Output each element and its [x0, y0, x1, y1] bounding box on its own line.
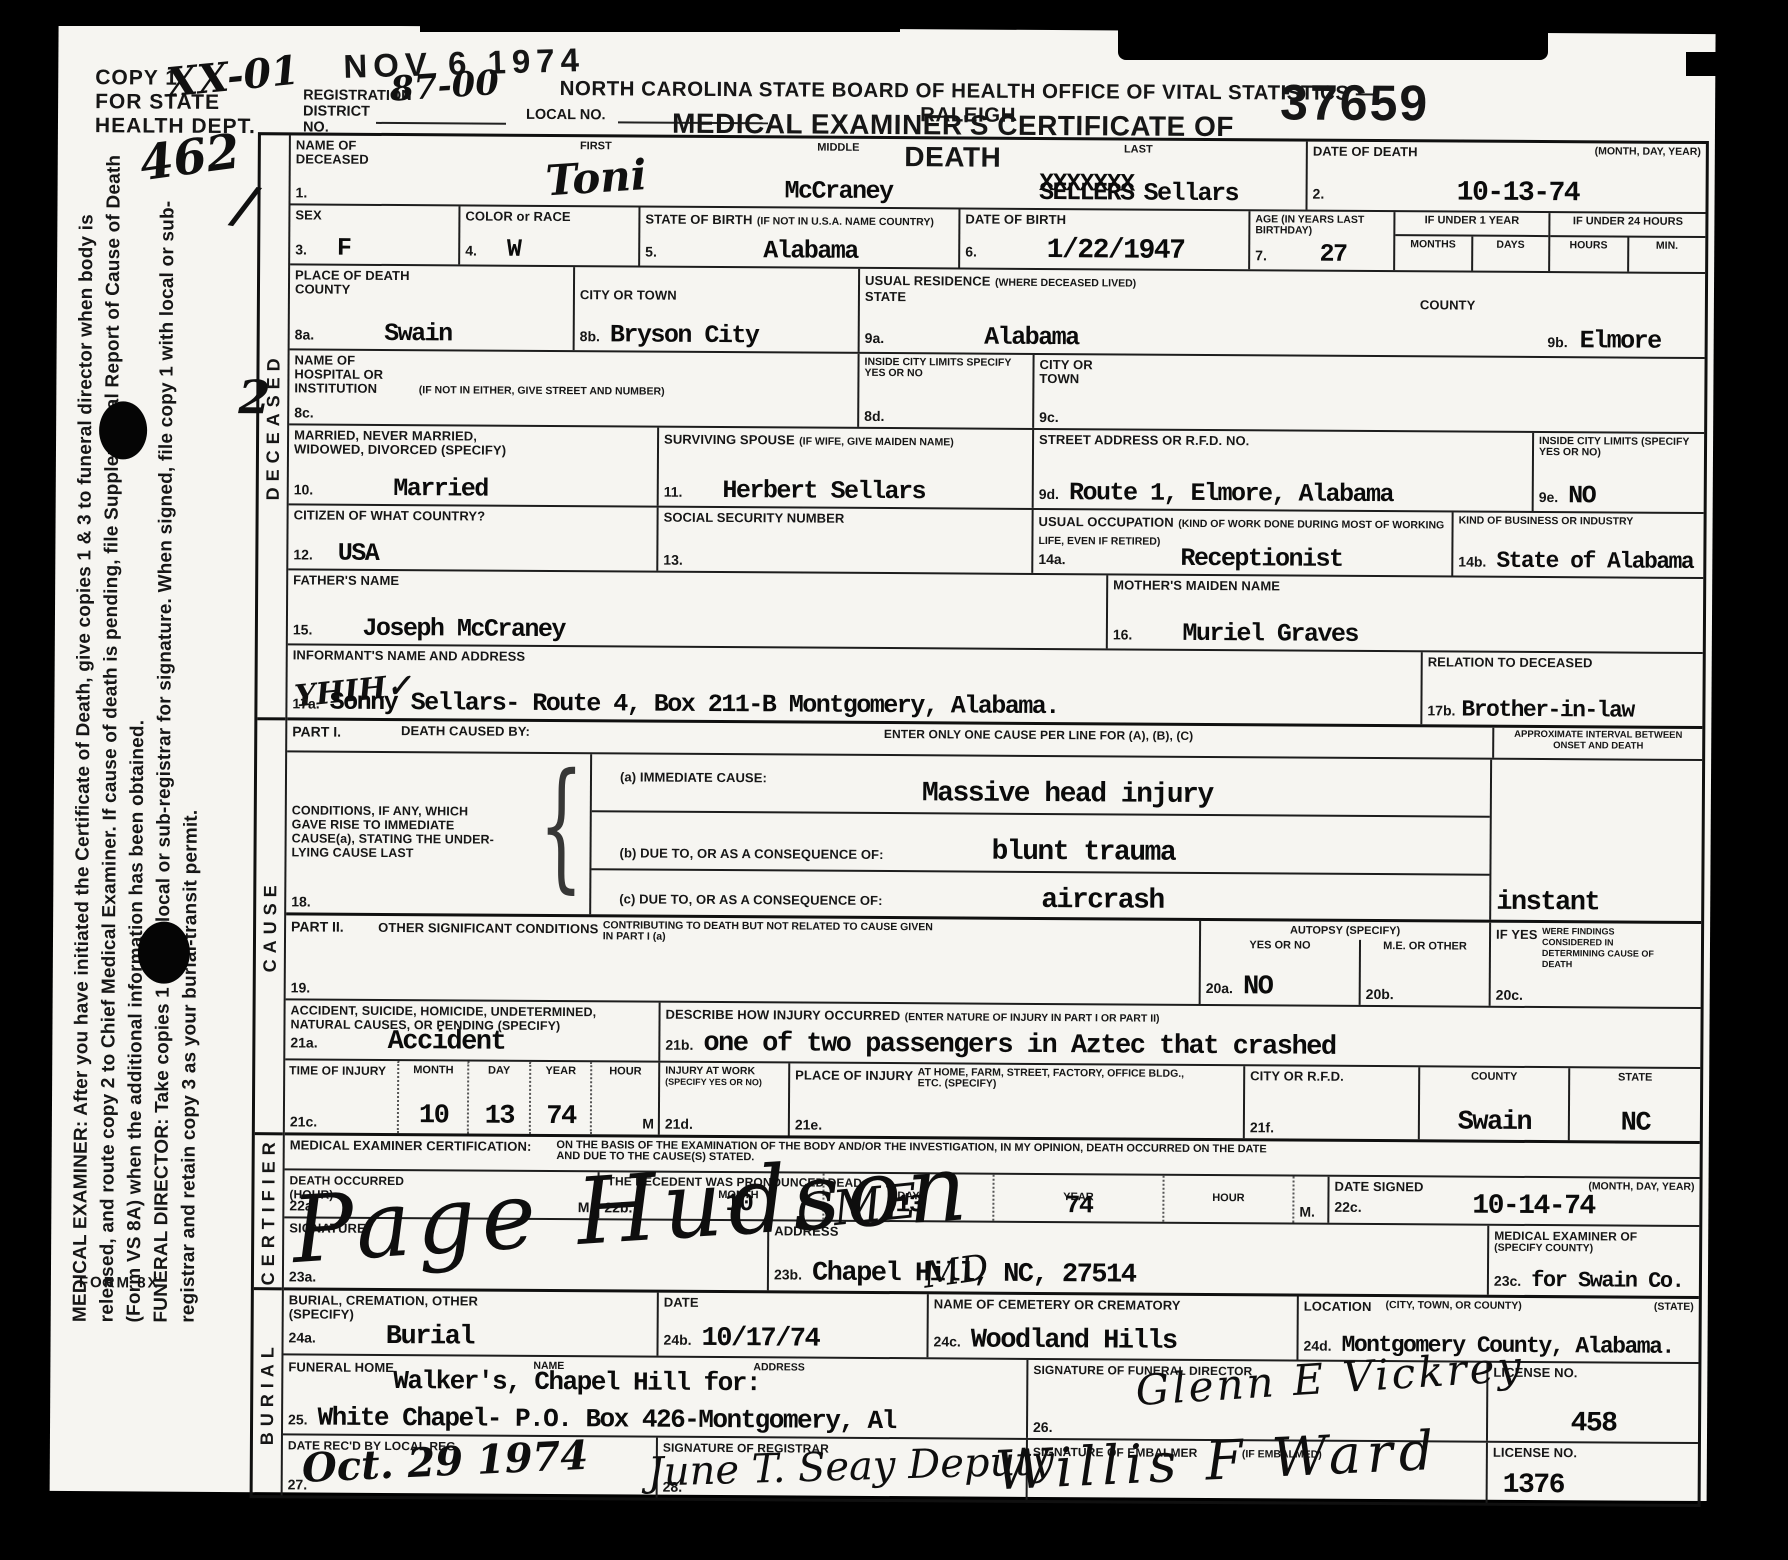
first-name-value: Toni [544, 150, 648, 205]
toi-day-value: 13 [485, 1104, 515, 1131]
field-burial-location: LOCATION (CITY, TOWN, OR COUNTY) (STATE)… [1298, 1297, 1698, 1362]
due-to-c-value: aircrash [1041, 887, 1164, 916]
cause-part2: PART II. OTHER SIGNIFICANT CONDITIONS CO… [286, 915, 1701, 1009]
cause-line-b: (b) DUE TO, OR AS A CONSEQUENCE OF: blun… [591, 812, 1489, 875]
field-relation: RELATION TO DECEASED 17b.Brother-in-law [1422, 652, 1702, 726]
field-manner-of-death: ACCIDENT, SUICIDE, HOMICIDE, UNDETERMINE… [285, 1000, 660, 1060]
handwritten-xx01: XX-01 [164, 47, 301, 107]
ifyes-label: IF YES [1496, 927, 1538, 942]
row-me-signature: SIGNATURE 23a. ADDRESS 23b.Chapel Hill, … [284, 1218, 1699, 1299]
field-inside-city-limits-death: INSIDE CITY LIMITS SPECIFY YES OR NO 8d. [859, 354, 1034, 428]
item-number: 25. [288, 1411, 308, 1427]
item-number: 20a. [1206, 980, 1233, 996]
injury-county-value: Swain [1458, 1110, 1532, 1137]
autopsy-yesno: YES OR NO 20a.NO [1201, 939, 1361, 1005]
field-surviving-spouse: SURVIVING SPOUSE (IF WIFE, GIVE MAIDEN N… [659, 428, 1034, 508]
scanned-death-certificate: COPY 1 FOR STATE HEALTH DEPT. XX-01 NOV … [0, 0, 1788, 1560]
field-label: LICENSE NO. [1493, 1366, 1693, 1381]
row-burial: BURIAL, CREMATION, OTHER (SPECIFY) 24a.B… [283, 1290, 1698, 1364]
row-manner: ACCIDENT, SUICIDE, HOMICIDE, UNDETERMINE… [285, 1000, 1700, 1069]
field-label: AGE (IN YEARS LAST BIRTHDAY) [1255, 214, 1388, 237]
item-number: 22a. [289, 1197, 316, 1213]
toi-label-cell: TIME OF INJURY 21c. [285, 1060, 398, 1133]
item-number: 22c. [1334, 1199, 1361, 1215]
pronounced-day: DAY13 [824, 1174, 994, 1221]
item-number: 8c. [294, 404, 314, 420]
field-burial-type: BURIAL, CREMATION, OTHER (SPECIFY) 24a.B… [283, 1290, 658, 1355]
field-pronounced-dead: THE DECEDENT WAS PRONOUNCED DEAD 22b. MO… [599, 1172, 1329, 1222]
toi-month-value: 10 [419, 1103, 449, 1130]
field-sublabel: (SPECIFY COUNTY) [1494, 1243, 1694, 1255]
row-informant: INFORMANT'S NAME AND ADDRESS 17a.Sonny S… [287, 645, 1702, 729]
part1-body: CONDITIONS, IF ANY, WHICH GAVE RISE TO I… [286, 752, 1702, 921]
field-funeral-home: FUNERAL HOME NAME ADDRESS Walker's, Chap… [283, 1355, 1028, 1438]
field-sublabel: (IF EMBALMED) [1242, 1448, 1322, 1460]
field-label: LOCATION [1304, 1300, 1372, 1314]
item-number: 9e. [1539, 489, 1559, 505]
field-label: USUAL OCCUPATION [1039, 514, 1174, 530]
pronounced-month: MONTH10 [654, 1173, 824, 1220]
item-number: 24d. [1303, 1338, 1331, 1354]
item-number: 23a. [289, 1268, 316, 1284]
spouse-value: Herbert Sellars [722, 478, 925, 504]
field-first-name: FIRST Toni [486, 137, 706, 206]
cause-c-label: (c) DUE TO, OR AS A CONSEQUENCE OF: [619, 892, 882, 908]
injury-state-value: NC [1621, 1111, 1651, 1138]
funeral-home-line2: White Chapel- P.O. Box 426-Montgomery, A… [317, 1405, 895, 1435]
row-marital-spouse: MARRIED, NEVER MARRIED, WIDOWED, DIVORCE… [289, 425, 1704, 514]
field-label: COUNTY [295, 282, 568, 298]
pronounced-year: YEAR74 [994, 1175, 1164, 1222]
field-sublabel: AT HOME, FARM, STREET, FACTORY, OFFICE B… [918, 1067, 1208, 1091]
item-number: 8b. [580, 328, 600, 344]
field-inside-city-limits-residence: INSIDE CITY LIMITS (SPECIFY YES OR NO) 9… [1534, 433, 1704, 512]
citizen-value: USA [338, 541, 379, 566]
field-label: IF UNDER 24 HOURS [1550, 215, 1705, 228]
row-place-of-death: PLACE OF DEATH COUNTY 8a.Swain CITY OR T… [290, 265, 1705, 359]
field-label: INSIDE CITY LIMITS (SPECIFY YES OR NO) [1539, 436, 1699, 459]
item-number: 21a. [290, 1034, 317, 1050]
field-label: DATE REC'D BY LOCAL REG. [288, 1438, 651, 1454]
item-number: 3. [295, 241, 307, 257]
field-registrar-signature: SIGNATURE OF REGISTRAR 28. [658, 1438, 1028, 1500]
marital-value: Married [393, 476, 488, 502]
field-label: PLACE OF INJURY [795, 1067, 913, 1083]
cause-lines: (a) IMMEDIATE CAUSE: Massive head injury… [591, 754, 1492, 919]
last-name-value: Sellars [1144, 181, 1239, 207]
field-label: IF UNDER 1 YEAR [1395, 214, 1548, 227]
field-license-2: LICENSE NO. 1376 [1488, 1443, 1698, 1504]
cause-b-label: (b) DUE TO, OR AS A CONSEQUENCE OF: [619, 846, 883, 862]
item-number: 4. [465, 242, 477, 258]
field-injury-county: COUNTY Swain [1420, 1067, 1570, 1140]
pod-county-value: Swain [384, 321, 452, 346]
toi-hour: HOURM [590, 1062, 658, 1134]
toi-day: DAY13 [467, 1061, 529, 1133]
field-label: USUAL RESIDENCE [865, 273, 991, 289]
item-number: 12. [293, 546, 313, 562]
field-occupation: USUAL OCCUPATION (KIND OF WORK DONE DURI… [1033, 510, 1453, 576]
autopsy-meother: M.E. OR OTHER 20b. [1361, 940, 1489, 1006]
field-label: SOCIAL SECURITY NUMBER [664, 511, 1027, 527]
item-number: 28. [663, 1479, 683, 1495]
form-fields: NAME OF DECEASED 1. FIRST Toni MIDDLE Mc… [283, 135, 1706, 1504]
field-sublabel: (IF NOT IN EITHER, GIVE STREET AND NUMBE… [419, 384, 665, 398]
field-injury-state: STATE NC [1570, 1068, 1700, 1141]
date-of-birth-value: 1/22/1947 [1047, 237, 1185, 266]
residence-state-value: Alabama [984, 325, 1079, 351]
field-label: BURIAL, CREMATION, OTHER (SPECIFY) [289, 1293, 489, 1322]
item-number: 21f. [1250, 1119, 1274, 1135]
field-label: MOTHER'S MAIDEN NAME [1113, 578, 1698, 596]
field-label: LAST [976, 143, 1301, 157]
item-number: 9c. [1039, 409, 1059, 425]
state-of-birth-value: Alabama [763, 238, 858, 264]
field-label: NAME OF CEMETERY OR CREMATORY [934, 1297, 1292, 1313]
field-if-yes: IF YES WERE FINDINGS CONSIDERED IN DETER… [1491, 923, 1702, 1007]
field-label: MARRIED, NEVER MARRIED, WIDOWED, DIVORCE… [294, 428, 524, 457]
field-last-name: LAST XXXXXXXSELLERS Sellars [970, 140, 1305, 210]
field-label: FUNERAL HOME [288, 1359, 394, 1375]
field-label: COUNTY [1420, 298, 1476, 312]
field-usual-residence: USUAL RESIDENCE (WHERE DECEASED LIVED) S… [860, 269, 1705, 357]
yesno-label: YES OR NO [1201, 939, 1359, 952]
field-embalmer-signature: SIGNATURE OF EMBALMER (IF EMBALMED) [1028, 1440, 1488, 1503]
field-informant: INFORMANT'S NAME AND ADDRESS 17a.Sonny S… [287, 645, 1422, 724]
conditions-cell: CONDITIONS, IF ANY, WHICH GAVE RISE TO I… [286, 752, 592, 914]
field-sublabel: CONTRIBUTING TO DEATH BUT NOT RELATED TO… [603, 920, 933, 944]
row-name-dod: NAME OF DECEASED 1. FIRST Toni MIDDLE Mc… [290, 135, 1705, 214]
row-pronounced-dead: DEATH OCCURRED (HOUR) 22a.M. THE DECEDEN… [284, 1170, 1699, 1227]
field-label: DATE OF BIRTH [965, 213, 1243, 229]
item-number: 22b. [604, 1199, 632, 1215]
field-label: CITY OR R.F.D. [1250, 1069, 1413, 1084]
registration-district-value: 87-00 [389, 63, 500, 110]
field-sublabel2: (STATE) [1654, 1302, 1694, 1316]
item-number: 8d. [864, 408, 884, 424]
field-name-of-deceased: NAME OF DECEASED 1. [291, 135, 486, 204]
medical-examiner-instructions: MEDICAL EXAMINER: After you have initiat… [67, 152, 155, 1322]
race-value: W [507, 237, 521, 262]
field-label: SIGNATURE OF EMBALMER [1033, 1445, 1198, 1460]
conditions-label: CONDITIONS, IF ANY, WHICH GAVE RISE TO I… [291, 803, 501, 860]
cemetery-value: Woodland Hills [971, 1328, 1177, 1356]
row-hospital: NAME OF HOSPITAL OR INSTITUTION (IF NOT … [289, 350, 1704, 434]
row-parents: FATHER'S NAME 15.Joseph McCraney MOTHER'… [288, 570, 1703, 654]
field-label: RELATION TO DECEASED [1428, 655, 1698, 671]
business-value: State of Alabama [1496, 550, 1693, 574]
item-number: 24b. [664, 1332, 692, 1348]
cause-line-a: (a) IMMEDIATE CAUSE: Massive head injury [592, 754, 1490, 817]
field-sublabel: (SPECIFY YES OR NO) [665, 1077, 783, 1089]
due-to-b-value: blunt trauma [991, 839, 1175, 868]
field-label: MIDDLE [711, 141, 966, 155]
item-number: 26. [1033, 1419, 1053, 1435]
field-label: STATE OF BIRTH [645, 212, 752, 228]
item-number: 7. [1255, 247, 1267, 263]
scan-artifact [1118, 20, 1548, 60]
field-funeral-director-signature: SIGNATURE OF FUNERAL DIRECTOR 26. [1028, 1360, 1488, 1441]
field-if-under-1-year: IF UNDER 1 YEAR MONTHS DAYS [1395, 212, 1550, 271]
field-place-of-injury: PLACE OF INJURY AT HOME, FARM, STREET, F… [790, 1063, 1245, 1138]
field-death-occurred-hour: DEATH OCCURRED (HOUR) 22a.M. [284, 1170, 599, 1218]
field-label: COLOR or RACE [465, 209, 633, 224]
immediate-cause-value: Massive head injury [922, 780, 1213, 810]
row-time-of-injury: TIME OF INJURY 21c. MONTH10 DAY13 YEAR74… [285, 1060, 1700, 1144]
field-label: DATE [664, 1296, 922, 1312]
field-label: INSIDE CITY LIMITS SPECIFY YES OR NO [864, 357, 1027, 380]
one-cause-note: ENTER ONLY ONE CAUSE PER LINE FOR (A), (… [884, 727, 1193, 743]
occupation-value: Receptionist [1180, 546, 1342, 572]
field-how-injury-occurred: DESCRIBE HOW INJURY OCCURRED (ENTER NATU… [660, 1003, 1700, 1067]
item-number: 18. [291, 893, 311, 909]
field-state-of-birth: STATE OF BIRTH (IF NOT IN U.S.A. NAME CO… [640, 208, 960, 268]
funeral-director-instructions: FUNERAL DIRECTOR: Take copies 1 & 3 to l… [148, 153, 209, 1323]
field-label: INJURY AT WORK [665, 1066, 783, 1078]
row-registrar: DATE REC'D BY LOCAL REG. 27. SIGNATURE O… [283, 1435, 1698, 1504]
item-number: 16. [1113, 626, 1133, 642]
field-residence-city: CITY OR TOWN 9c. [1034, 355, 1704, 432]
sex-value: F [337, 236, 351, 261]
ifyes-sublabel: WERE FINDINGS CONSIDERED IN DETERMINING … [1542, 926, 1672, 971]
autopsy-subcolumns: YES OR NO 20a.NO M.E. OR OTHER 20b. [1201, 939, 1489, 1006]
icl2-value: NO [1568, 483, 1595, 508]
hole-punch [138, 921, 190, 983]
death-caused-by-label: DEATH CAUSED BY: [401, 724, 530, 739]
item-number: 20c. [1496, 987, 1523, 1003]
item-number: 9b. [1547, 334, 1567, 350]
field-father-name: FATHER'S NAME 15.Joseph McCraney [288, 570, 1108, 648]
pronounced-subcolumns: 22b. MONTH10 DAY13 YEAR74 HOUR M. [599, 1172, 1327, 1222]
mother-value: Muriel Graves [1182, 621, 1358, 647]
field-label: STREET ADDRESS OR R.F.D. NO. [1039, 433, 1527, 450]
field-label: DESCRIBE HOW INJURY OCCURRED [666, 1007, 901, 1023]
form-code: FORM 8X [79, 1274, 160, 1291]
field-cemetery: NAME OF CEMETERY OR CREMATORY 24c.Woodla… [928, 1294, 1298, 1359]
instruction-title: MEDICAL EXAMINER: [70, 1121, 92, 1323]
certification-label: MEDICAL EXAMINER CERTIFICATION: [290, 1138, 532, 1166]
part1-label: PART I. [292, 723, 341, 739]
field-sex: SEX 3.F [290, 205, 460, 264]
item-number: 9d. [1039, 486, 1059, 502]
license-2-value: 1376 [1503, 1472, 1564, 1500]
item-number: 21c. [290, 1113, 317, 1129]
section-cause: CAUSE [255, 720, 286, 1135]
field-ssn: SOCIAL SECURITY NUMBER 13. [658, 508, 1033, 573]
under-24-hours-subcolumns: HOURS MIN. [1550, 235, 1705, 272]
item-number: 21b. [665, 1037, 693, 1053]
field-sublabel: (IF WIFE, GIVE MAIDEN NAME) [799, 435, 954, 448]
field-label: SIGNATURE [289, 1221, 762, 1238]
cause-part1: PART I. DEATH CAUSED BY: ENTER ONLY ONE … [286, 720, 1702, 924]
interval-cell: instant [1491, 760, 1702, 921]
field-label: NAME OF DECEASED [296, 138, 386, 167]
informant-value: Sonny Sellars- Route 4, Box 211-B Montgo… [330, 690, 1059, 719]
item-number: 5. [645, 244, 657, 260]
field-injury-at-work: INJURY AT WORK (SPECIFY YES OR NO) 21d. [660, 1063, 790, 1136]
field-label: TIME OF INJURY [289, 1063, 394, 1078]
address-sublabel: ADDRESS [753, 1362, 804, 1373]
field-citizen: CITIZEN OF WHAT COUNTRY? 12.USA [288, 505, 658, 570]
field-label: KIND OF BUSINESS OR INDUSTRY [1459, 516, 1699, 528]
field-street-address: STREET ADDRESS OR R.F.D. NO. 9d.Route 1,… [1034, 430, 1534, 511]
item-number: 19. [291, 979, 311, 995]
section-deceased: DECEASED [257, 135, 289, 720]
field-label: SURVIVING SPOUSE [664, 432, 795, 448]
pronounced-day-value: 13 [895, 1192, 922, 1217]
me-of-county-value: for Swain Co. [1531, 1270, 1683, 1293]
field-time-of-injury: TIME OF INJURY 21c. MONTH10 DAY13 YEAR74… [285, 1060, 660, 1134]
under-1-year-subcolumns: MONTHS DAYS [1395, 234, 1548, 271]
field-burial-date: DATE 24b.10/17/74 [658, 1293, 928, 1358]
item-number: 17a. [292, 695, 319, 711]
pronounced-hour: HOUR [1164, 1176, 1294, 1223]
manner-value: Accident [388, 1029, 506, 1057]
field-hospital: NAME OF HOSPITAL OR INSTITUTION (IF NOT … [289, 350, 859, 426]
field-label: CITY OR TOWN [1039, 358, 1099, 386]
item-number: 14a. [1038, 551, 1065, 567]
field-sublabel: (CITY, TOWN, OR COUNTY) [1385, 1300, 1521, 1315]
months-label: MONTHS [1395, 236, 1473, 270]
item-number: 21e. [795, 1116, 822, 1132]
item-number: 21d. [665, 1116, 693, 1132]
field-injury-city: CITY OR R.F.D. 21f. [1245, 1066, 1420, 1139]
funeral-home-line1: Walker's, Chapel Hill for: [393, 1368, 760, 1396]
field-label: ADDRESS [774, 1224, 1482, 1242]
field-sublabel: (WHERE DECEASED LIVED) [995, 277, 1136, 290]
field-place-of-death-county: PLACE OF DEATH COUNTY 8a.Swain [290, 265, 576, 350]
field-marital-status: MARRIED, NEVER MARRIED, WIDOWED, DIVORCE… [289, 425, 659, 505]
item-number: 11. [664, 484, 683, 500]
pod-city-value: Bryson City [610, 322, 759, 348]
scan-artifact [420, 20, 900, 32]
field-me-of-county: MEDICAL EXAMINER OF (SPECIFY COUNTY) 23c… [1489, 1226, 1699, 1296]
field-age: AGE (IN YEARS LAST BIRTHDAY) 7.27 [1250, 211, 1395, 270]
field-autopsy: AUTOPSY (SPECIFY) YES OR NO 20a.NO M.E. … [1201, 921, 1492, 1006]
item-number: 20b. [1366, 986, 1394, 1002]
burial-date-value: 10/17/74 [702, 1326, 820, 1354]
hole-punch [99, 401, 147, 459]
middle-name-value: McCraney [784, 178, 892, 204]
field-label: COUNTY [1425, 1070, 1563, 1083]
item-number: 23b. [774, 1266, 802, 1282]
field-sublabel: (MONTH, DAY, YEAR) [1595, 146, 1701, 161]
field-label: STATE [1575, 1071, 1695, 1084]
interval-header: APPROXIMATE INTERVAL BETWEEN ONSET AND D… [1492, 728, 1702, 759]
cause-a-label: (a) IMMEDIATE CAUSE: [620, 770, 767, 785]
license-1-value: 458 [1571, 1410, 1617, 1438]
am-pm-label: M [642, 1116, 654, 1132]
am-pm-label: M. [578, 1199, 594, 1215]
field-label: FIRST [491, 140, 701, 153]
section-burial: BURIAL [253, 1290, 282, 1495]
hours-label: HOURS [1550, 237, 1629, 271]
field-sublabel: (ENTER NATURE OF INJURY IN PART I OR PAR… [905, 1011, 1160, 1025]
item-number: 9a. [865, 330, 885, 346]
date-signed-value: 10-14-74 [1472, 1193, 1595, 1222]
row-sex-birth-age: SEX 3.F COLOR or RACE 4.W STATE OF BIRTH… [290, 205, 1705, 274]
instruction-title: FUNERAL DIRECTOR: [151, 1118, 173, 1322]
field-label: CITY OR TOWN [580, 288, 853, 304]
field-if-under-24-hours: IF UNDER 24 HOURS HOURS MIN. [1550, 213, 1705, 272]
item-number: 1. [296, 184, 308, 200]
interval-label: APPROXIMATE INTERVAL BETWEEN ONSET AND D… [1497, 729, 1699, 752]
item-number: 14b. [1458, 554, 1486, 570]
row-citizen-occupation: CITIZEN OF WHAT COUNTRY? 12.USA SOCIAL S… [288, 505, 1703, 579]
relation-value: Brother-in-law [1461, 699, 1633, 723]
row-funeral-home: FUNERAL HOME NAME ADDRESS Walker's, Chap… [283, 1355, 1698, 1444]
field-label: SIGNATURE OF REGISTRAR [663, 1441, 1021, 1457]
field-date-of-birth: DATE OF BIRTH 6.1/22/1947 [960, 209, 1250, 269]
field-me-address: ADDRESS 23b.Chapel Hill, NC, 27514 [769, 1221, 1489, 1294]
field-label: SEX [295, 208, 453, 223]
residence-county-group: 9b. Elmore [1547, 328, 1700, 354]
item-number: 27. [288, 1476, 308, 1492]
certificate-form: DECEASED CAUSE CERTIFIER BURIAL NAME OF … [250, 132, 1709, 1507]
field-date-of-death: DATE OF DEATH (MONTH, DAY, YEAR) 2.10-13… [1305, 142, 1705, 212]
field-label: NAME OF HOSPITAL OR INSTITUTION [294, 353, 414, 396]
interval-value: instant [1496, 890, 1599, 918]
part2-label: PART II. [291, 918, 344, 934]
field-date-received: DATE REC'D BY LOCAL REG. 27. [283, 1435, 658, 1497]
pronounced-m-cell: M. [1294, 1177, 1327, 1223]
burial-location-value: Montgomery County, Alabama. [1341, 1334, 1673, 1359]
toi-month: MONTH10 [397, 1061, 467, 1133]
how-injury-value: one of two passengers in Aztec that cras… [703, 1031, 1335, 1062]
item-number: 23c. [1494, 1273, 1521, 1289]
brace-mark: { [538, 756, 583, 896]
margin-instructions: MEDICAL EXAMINER: After you have initiat… [67, 152, 250, 1323]
item-number: 8a. [295, 326, 315, 342]
am-pm-label: M. [1299, 1204, 1315, 1220]
item-number: 2. [1313, 186, 1325, 202]
pronounced-month-value: 10 [725, 1191, 752, 1216]
autopsy-value: NO [1243, 974, 1273, 1001]
field-place-of-death-city: CITY OR TOWN 8b.Bryson City [575, 267, 861, 352]
scan-artifact [1686, 52, 1718, 76]
item-number: 10. [294, 481, 314, 497]
item-number: 15. [293, 621, 313, 637]
item-number: 6. [965, 244, 977, 260]
field-label: LICENSE NO. [1493, 1446, 1693, 1461]
autopsy-label: AUTOPSY (SPECIFY) [1201, 921, 1489, 938]
field-label: OTHER SIGNIFICANT CONDITIONS [378, 920, 598, 936]
field-label: CITIZEN OF WHAT COUNTRY? [294, 508, 652, 524]
field-label: INFORMANT'S NAME AND ADDRESS [293, 648, 1416, 669]
registration-district-label: REGISTRATION DISTRICT NO. [303, 87, 398, 136]
age-value: 27 [1319, 242, 1346, 267]
field-label: FATHER'S NAME [293, 573, 1101, 592]
field-label: DATE OF DEATH [1313, 145, 1418, 160]
item-number: 17b. [1427, 702, 1455, 718]
father-value: Joseph McCraney [362, 616, 565, 642]
meother-label: M.E. OR OTHER [1361, 940, 1489, 953]
burial-type-value: Burial [386, 1324, 474, 1352]
date-of-death-value: 10-13-74 [1457, 180, 1580, 209]
field-business: KIND OF BUSINESS OR INDUSTRY 14b.State o… [1453, 512, 1703, 577]
field-me-signature: SIGNATURE 23a. [284, 1218, 769, 1290]
field-color-or-race: COLOR or RACE 4.W [460, 206, 640, 265]
part1-header-left: PART I. DEATH CAUSED BY: ENTER ONLY ONE … [287, 720, 1492, 757]
days-label: DAYS [1473, 237, 1549, 271]
field-middle-name: MIDDLE McCraney [705, 138, 970, 208]
section-certifier: CERTIFIER [254, 1135, 283, 1290]
pronounced-year-value: 74 [1065, 1193, 1092, 1218]
field-license-1: LICENSE NO. 458 [1488, 1363, 1698, 1442]
me-address-value: Chapel Hill, NC, 27514 [812, 1261, 1136, 1290]
field-other-conditions: PART II. OTHER SIGNIFICANT CONDITIONS CO… [286, 915, 1201, 1004]
field-date-signed: DATE SIGNED (MONTH, DAY, YEAR) 22c.10-14… [1329, 1177, 1699, 1225]
